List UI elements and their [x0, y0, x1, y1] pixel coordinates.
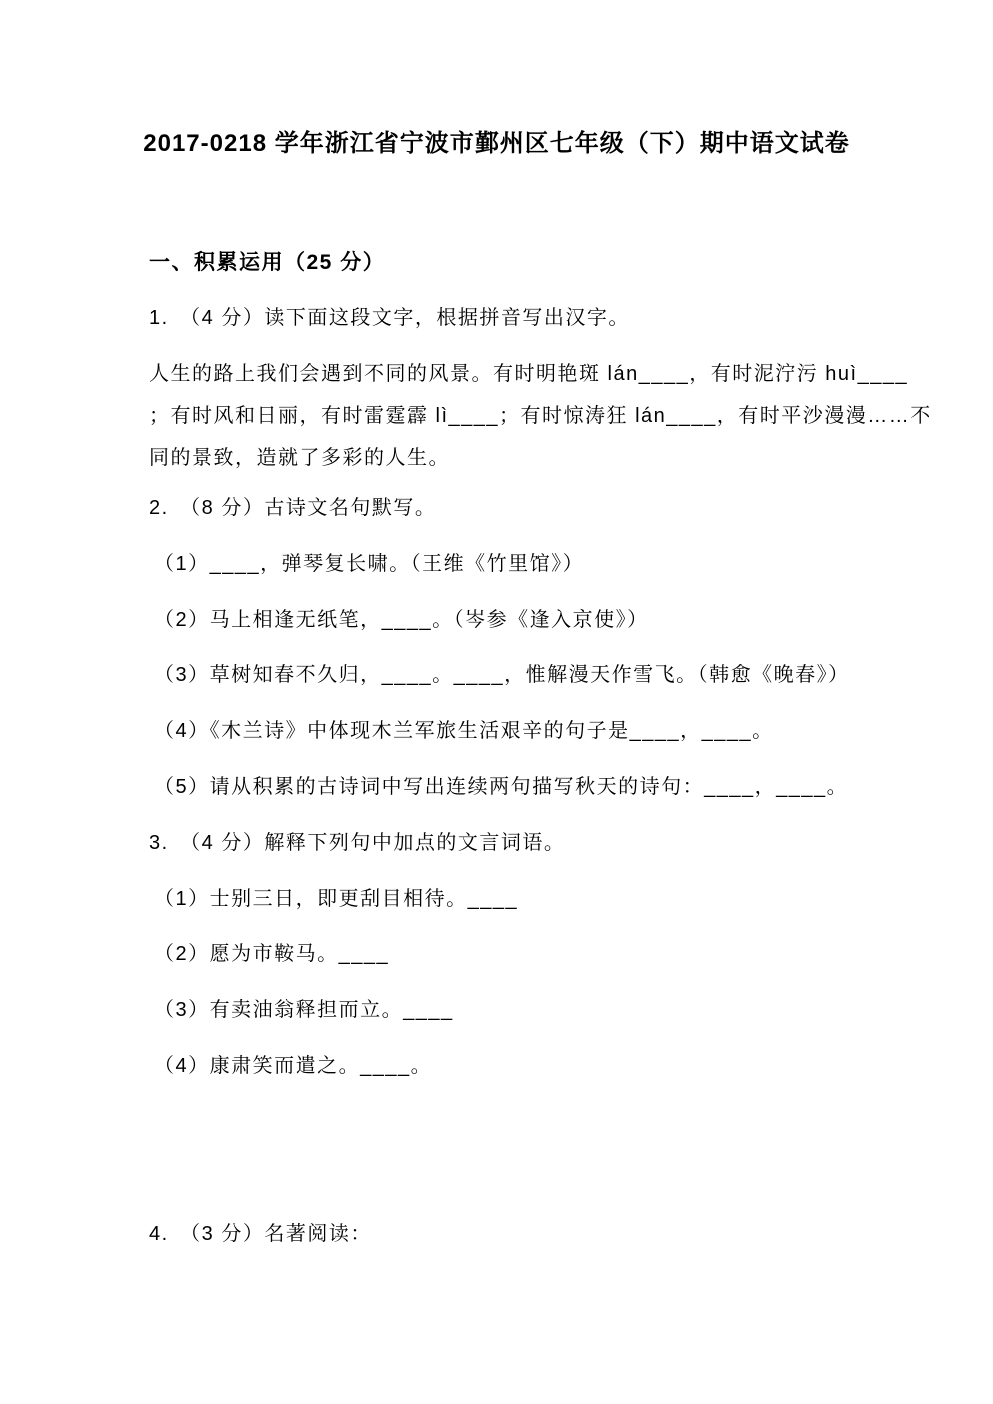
- question-1-stem: 1. （4 分）读下面这段文字，根据拼音写出汉字。: [149, 304, 929, 332]
- question-2-sub-3: （3）草树知春不久归，____。____，惟解漫天作雪飞。（韩愈《晚春》）: [154, 661, 934, 689]
- question-2-stem: 2. （8 分）古诗文名句默写。: [149, 494, 929, 522]
- question-1-passage-line-1: 人生的路上我们会遇到不同的风景。有时明艳斑 lán____，有时泥泞污 huì_…: [149, 360, 929, 388]
- question-3-sub-1: （1）士别三日，即更刮目相待。____: [154, 885, 934, 913]
- section-heading-accumulation: 一、积累运用（25 分）: [149, 249, 929, 277]
- exam-title: 2017-0218 学年浙江省宁波市鄞州区七年级（下）期中语文试卷: [0, 128, 993, 160]
- question-1-passage-line-3: 同的景致，造就了多彩的人生。: [149, 444, 929, 472]
- question-4-stem: 4. （3 分）名著阅读：: [149, 1220, 929, 1248]
- question-2-sub-5: （5）请从积累的古诗词中写出连续两句描写秋天的诗句：____，____。: [154, 773, 934, 801]
- question-2-sub-1: （1）____，弹琴复长啸。（王维《竹里馆》）: [154, 550, 934, 578]
- question-3-stem: 3. （4 分）解释下列句中加点的文言词语。: [149, 829, 929, 857]
- question-3-sub-2: （2）愿为市鞍马。____: [154, 940, 934, 968]
- question-2-sub-2: （2）马上相逢无纸笔，____。（岑参《逢入京使》）: [154, 606, 934, 634]
- exam-document-page: 2017-0218 学年浙江省宁波市鄞州区七年级（下）期中语文试卷 一、积累运用…: [0, 0, 993, 1404]
- question-3-sub-4: （4）康肃笑而遣之。____。: [154, 1052, 934, 1080]
- question-3-sub-3: （3）有卖油翁释担而立。____: [154, 996, 934, 1024]
- question-1-passage-line-2: ；有时风和日丽，有时雷霆霹 lì____；有时惊涛狂 lán____，有时平沙漫…: [149, 402, 929, 430]
- question-2-sub-4: （4）《木兰诗》中体现木兰军旅生活艰辛的句子是____，____。: [154, 717, 934, 745]
